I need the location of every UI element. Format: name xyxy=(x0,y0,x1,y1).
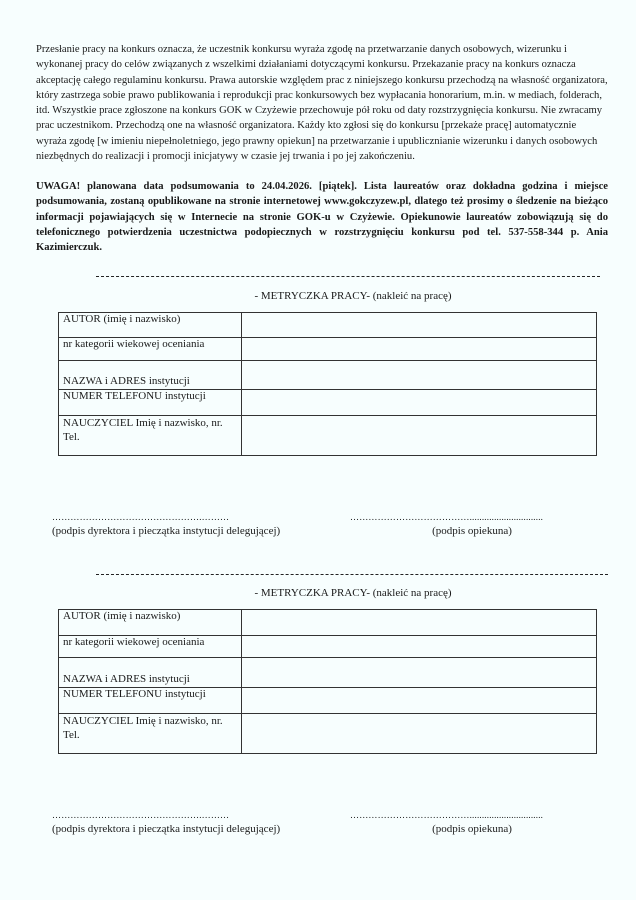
form-row-age-category: nr kategorii wiekowej oceniania xyxy=(59,338,597,361)
cut-line-2 xyxy=(96,574,608,575)
institution-name-label: NAZWA i ADRES instytucji xyxy=(59,658,242,688)
form-row-teacher: NAUCZYCIEL Imię i nazwisko, nr. Tel. xyxy=(59,416,597,456)
form-1-table: AUTOR (imię i nazwisko) nr kategorii wie… xyxy=(58,312,597,456)
author-label: AUTOR (imię i nazwisko) xyxy=(59,610,242,636)
form-1-guardian-signature: …………………………………...........................… xyxy=(350,510,594,538)
guardian-signature-line[interactable]: …………………………………...........................… xyxy=(350,510,594,524)
notice-paragraph: UWAGA! planowana data podsumowania to 24… xyxy=(36,179,608,255)
age-category-label: nr kategorii wiekowej oceniania xyxy=(59,636,242,658)
institution-phone-label: NUMER TELEFONU instytucji xyxy=(59,688,242,714)
form-1-director-signature: ………………………………………….……… (podpis dyrektora i… xyxy=(52,510,280,538)
age-category-label: nr kategorii wiekowej oceniania xyxy=(59,338,242,361)
form-row-author: AUTOR (imię i nazwisko) xyxy=(59,610,597,636)
director-signature-caption: (podpis dyrektora i pieczątka instytucji… xyxy=(52,524,280,538)
teacher-field[interactable] xyxy=(242,714,597,754)
teacher-label: NAUCZYCIEL Imię i nazwisko, nr. Tel. xyxy=(59,416,242,456)
age-category-field[interactable] xyxy=(242,338,597,361)
form-row-institution-name: NAZWA i ADRES instytucji xyxy=(59,658,597,688)
consent-text: Przesłanie pracy na konkurs oznacza, że … xyxy=(36,42,608,164)
director-signature-line[interactable]: ………………………………………….……… xyxy=(52,510,280,524)
institution-phone-label: NUMER TELEFONU instytucji xyxy=(59,390,242,416)
director-signature-caption: (podpis dyrektora i pieczątka instytucji… xyxy=(52,822,280,836)
form-row-institution-name: NAZWA i ADRES instytucji xyxy=(59,361,597,390)
form-row-institution-phone: NUMER TELEFONU instytucji xyxy=(59,390,597,416)
form-2-guardian-signature: …………………………………...........................… xyxy=(350,808,594,836)
institution-name-field[interactable] xyxy=(242,361,597,390)
form-row-age-category: nr kategorii wiekowej oceniania xyxy=(59,636,597,658)
institution-name-field[interactable] xyxy=(242,658,597,688)
author-field[interactable] xyxy=(242,610,597,636)
form-2-table: AUTOR (imię i nazwisko) nr kategorii wie… xyxy=(58,609,597,754)
form-2-title: - METRYCZKA PRACY- (nakleić na pracę) xyxy=(0,587,636,599)
form-2-director-signature: ………………………………………….……… (podpis dyrektora i… xyxy=(52,808,280,836)
institution-name-label: NAZWA i ADRES instytucji xyxy=(59,361,242,390)
teacher-label: NAUCZYCIEL Imię i nazwisko, nr. Tel. xyxy=(59,714,242,754)
director-signature-line[interactable]: ………………………………………….……… xyxy=(52,808,280,822)
institution-phone-field[interactable] xyxy=(242,688,597,714)
form-row-author: AUTOR (imię i nazwisko) xyxy=(59,313,597,338)
institution-phone-field[interactable] xyxy=(242,390,597,416)
consent-paragraph: Przesłanie pracy na konkurs oznacza, że … xyxy=(36,42,608,164)
form-row-institution-phone: NUMER TELEFONU instytucji xyxy=(59,688,597,714)
guardian-signature-line[interactable]: …………………………………...........................… xyxy=(350,808,594,822)
form-1-title: - METRYCZKA PRACY- (nakleić na pracę) xyxy=(0,290,636,302)
teacher-field[interactable] xyxy=(242,416,597,456)
author-label: AUTOR (imię i nazwisko) xyxy=(59,313,242,338)
guardian-signature-caption: (podpis opiekuna) xyxy=(350,524,594,538)
cut-line-1 xyxy=(96,276,600,277)
guardian-signature-caption: (podpis opiekuna) xyxy=(350,822,594,836)
age-category-field[interactable] xyxy=(242,636,597,658)
form-row-teacher: NAUCZYCIEL Imię i nazwisko, nr. Tel. xyxy=(59,714,597,754)
author-field[interactable] xyxy=(242,313,597,338)
